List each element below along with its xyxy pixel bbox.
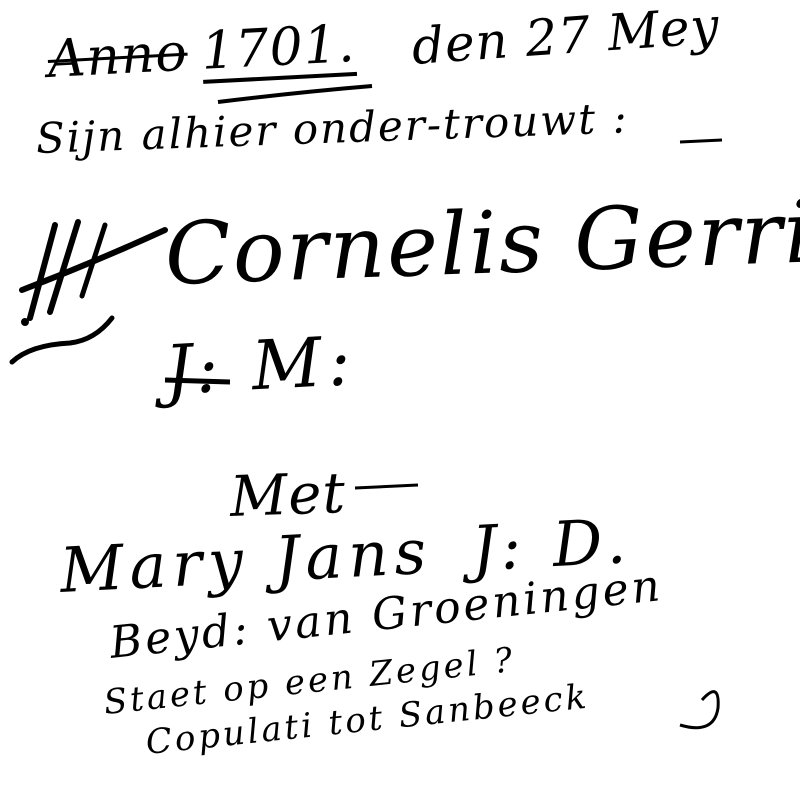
conjunction-met: Met (229, 466, 347, 526)
groom-name: Cornelis Gerrits (163, 186, 800, 297)
groom-mark-icon (21, 222, 165, 326)
intro-punct: : (611, 93, 629, 143)
heading-year: 1701. (200, 18, 357, 84)
heading-date: den 27 Mey (410, 1, 721, 72)
groom-status: J: M: (163, 328, 358, 406)
document-page: Anno1701. den 27 Mey Sijn alhier onder-t… (0, 0, 800, 800)
heading-anno-year: Anno1701. (46, 18, 356, 92)
heading-anno: Anno (46, 23, 189, 90)
intro-text: Sijn alhier onder-trouwt (35, 94, 598, 163)
intro-line: Sijn alhier onder-trouwt : (35, 97, 629, 160)
